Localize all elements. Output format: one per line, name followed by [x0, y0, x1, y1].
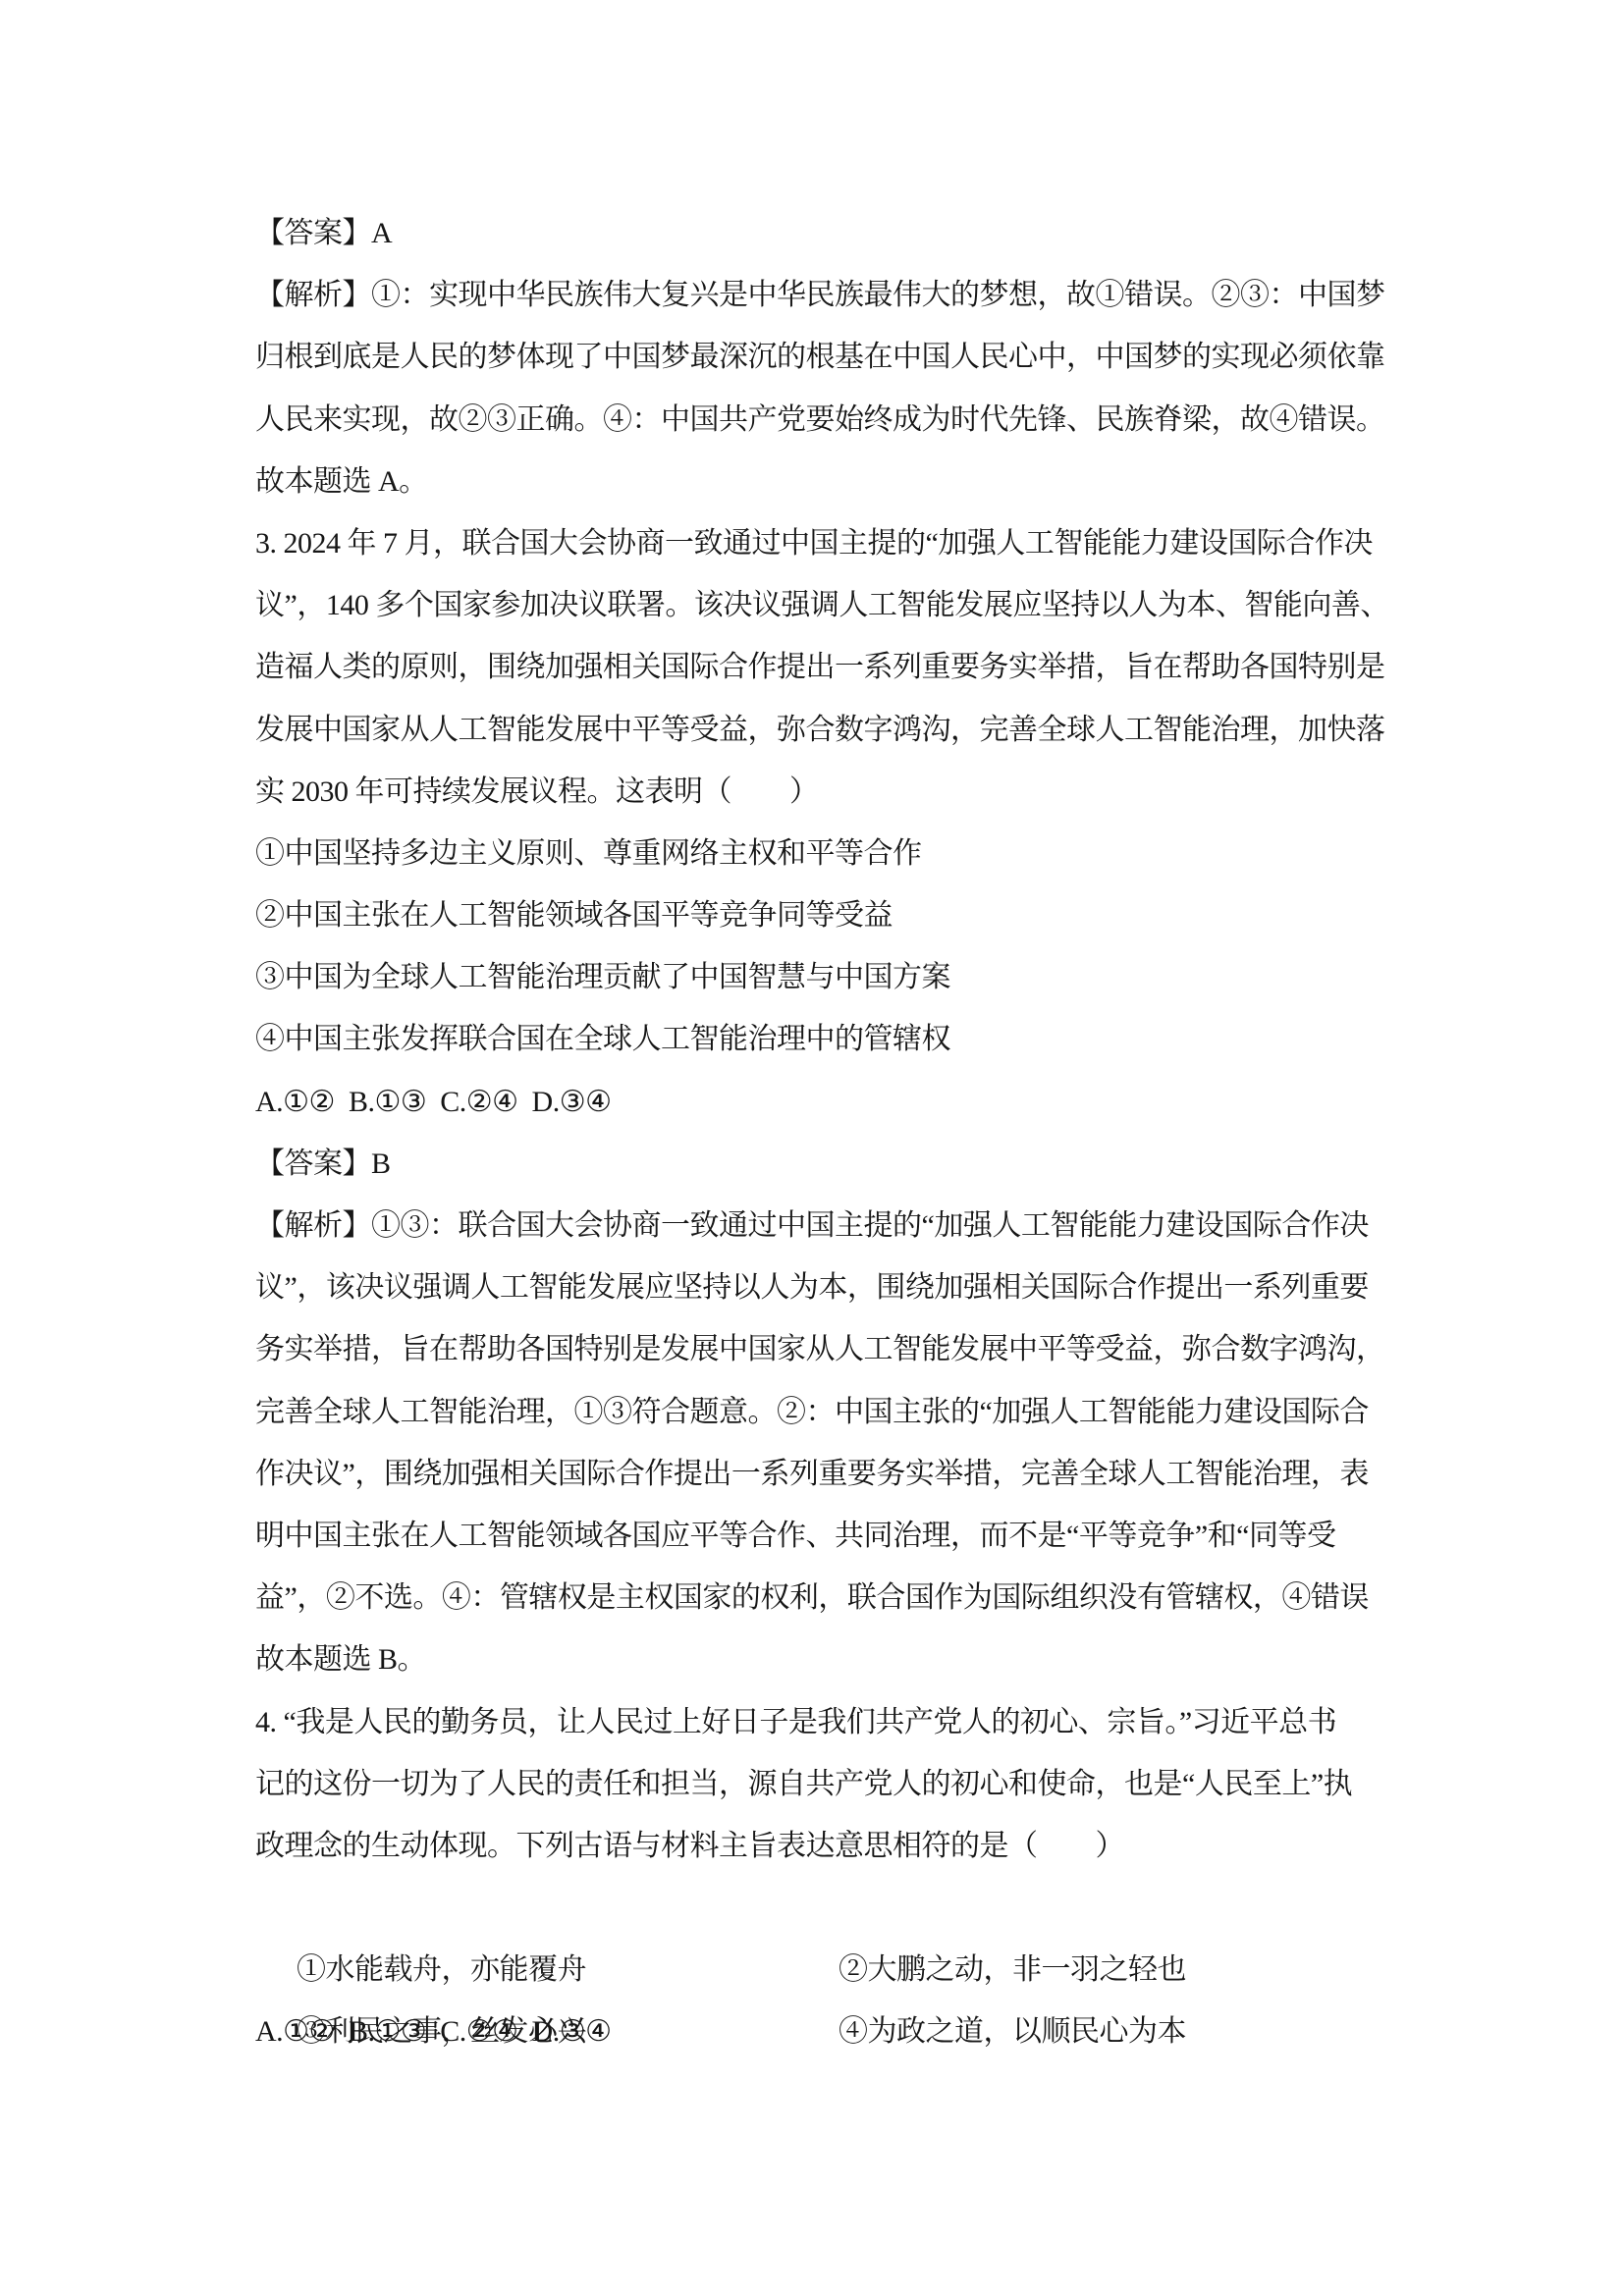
analysis-line: 益”，②不选。④：管辖权是主权国家的权利，联合国作为国际组织没有管辖权，④错误 — [255, 1567, 1384, 1629]
analysis-line: 归根到底是人民的梦体现了中国梦最深沉的根基在中国人民心中，中国梦的实现必须依靠 — [255, 326, 1384, 388]
question-4-stem-line: 记的这份一切为了人民的责任和担当，源自共产党人的初心和使命，也是“人民至上”执 — [255, 1753, 1384, 1815]
question-4-stem-line: 4. “我是人民的勤务员，让人民过上好日子是我们共产党人的初心、宗旨。”习近平总… — [255, 1691, 1384, 1753]
question-3-choices-line: A.①② B.①③ C.②④ D.③④ — [255, 1071, 1384, 1133]
question-3-stem-line: 发展中国家从人工智能发展中平等受益，弥合数字鸿沟，完善全球人工智能治理，加快落 — [255, 699, 1384, 761]
analysis-line: 明中国主张在人工智能领域各国应平等合作、共同治理，而不是“平等竞争”和“同等受 — [255, 1505, 1384, 1567]
question-3-option-line: ①中国坚持多边主义原则、尊重网络主权和平等合作 — [255, 823, 1384, 884]
answer-line: 【答案】B — [255, 1133, 1384, 1195]
analysis-line: 作决议”，围绕加强相关国际合作提出一系列重要务实举措，完善全球人工智能治理，表 — [255, 1443, 1384, 1505]
analysis-line: 务实举措，旨在帮助各国特别是发展中国家从人工智能发展中平等受益，弥合数字鸿沟， — [255, 1318, 1384, 1380]
document-page: 【答案】A 【解析】①：实现中华民族伟大复兴是中华民族最伟大的梦想，故①错误。②… — [0, 0, 1624, 2296]
analysis-line: 人民来实现，故②③正确。④：中国共产党要始终成为时代先锋、民族脊梁，故④错误。 — [255, 389, 1384, 451]
analysis-line: 【解析】①③：联合国大会协商一致通过中国主提的“加强人工智能能力建设国际合作决 — [255, 1195, 1384, 1256]
question-4-option-line: ④为政之道，以顺民心为本 — [839, 2015, 1186, 2048]
question-4-option-line: ②大鹏之动，非一羽之轻也 — [839, 1953, 1186, 1986]
document-content: 【答案】A 【解析】①：实现中华民族伟大复兴是中华民族最伟大的梦想，故①错误。②… — [255, 202, 1384, 2063]
analysis-line: 【解析】①：实现中华民族伟大复兴是中华民族最伟大的梦想，故①错误。②③：中国梦 — [255, 264, 1384, 326]
analysis-conclusion-line: 故本题选 A。 — [255, 451, 1384, 512]
question-3-option-line: ③中国为全球人工智能治理贡献了中国智慧与中国方案 — [255, 946, 1384, 1008]
question-3-option-line: ②中国主张在人工智能领域各国平等竞争同等受益 — [255, 884, 1384, 946]
question-3-option-line: ④中国主张发挥联合国在全球人工智能治理中的管辖权 — [255, 1008, 1384, 1070]
analysis-line: 议”，该决议强调人工智能发展应坚持以人为本，围绕加强相关国际合作提出一系列重要 — [255, 1256, 1384, 1318]
question-3-stem-line: 3. 2024 年 7 月，联合国大会协商一致通过中国主提的“加强人工智能能力建… — [255, 512, 1384, 574]
analysis-line: 完善全球人工智能治理，①③符合题意。②：中国主张的“加强人工智能能力建设国际合 — [255, 1381, 1384, 1443]
question-4-stem-line: 政理念的生动体现。下列古语与材料主旨表达意思相符的是（ ） — [255, 1815, 1384, 1877]
question-4-option-row: ①水能载舟，亦能覆舟②大鹏之动，非一羽之轻也 — [255, 1877, 1384, 1939]
answer-line: 【答案】A — [255, 202, 1384, 264]
question-3-stem-line: 造福人类的原则，围绕加强相关国际合作提出一系列重要务实举措，旨在帮助各国特别是 — [255, 636, 1384, 698]
analysis-conclusion-line: 故本题选 B。 — [255, 1629, 1384, 1690]
question-4-option-line: ①水能载舟，亦能覆舟 — [297, 1939, 839, 2001]
question-3-stem-line: 实 2030 年可持续发展议程。这表明（ ） — [255, 761, 1384, 823]
question-3-stem-line: 议”，140 多个国家参加决议联署。该决议强调人工智能发展应坚持以人为本、智能向… — [255, 574, 1384, 636]
